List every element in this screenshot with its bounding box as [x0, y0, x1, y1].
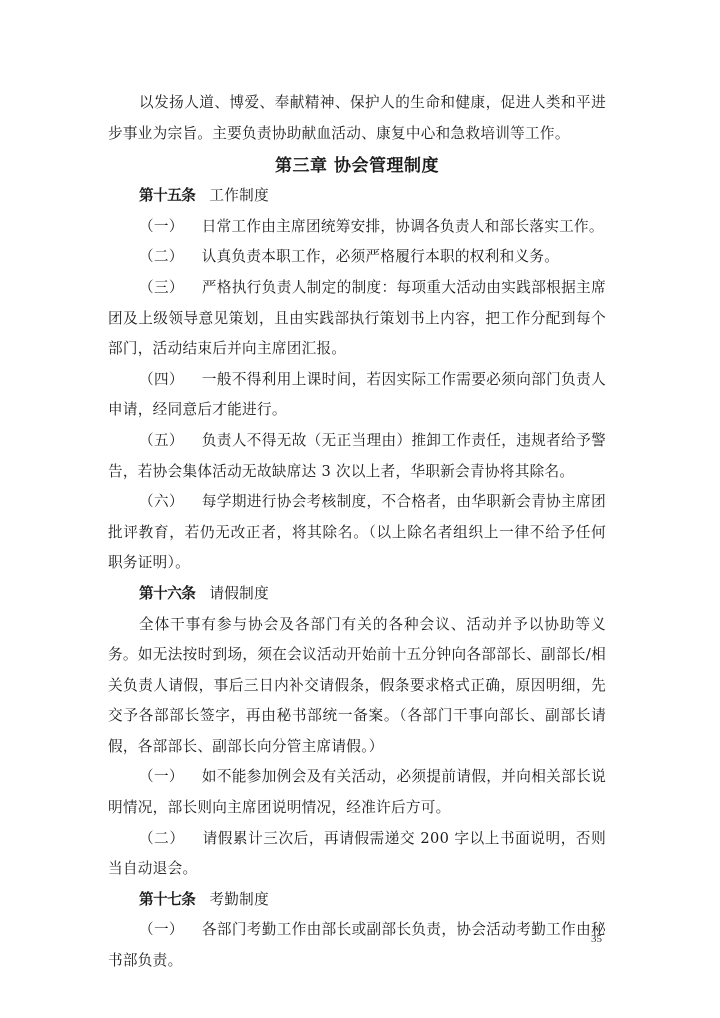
- article-number: 第十六条: [139, 585, 195, 602]
- list-item: （五）负责人不得无故（无正当理由）推卸工作责任，违规者给予警告，若协会集体活动无…: [108, 426, 606, 487]
- list-item: （六）每学期进行协会考核制度，不合格者，由华职新会青协主席团批评教育，若仍无改正…: [108, 487, 606, 579]
- list-item: （四）一般不得利用上课时间，若因实际工作需要必须向部门负责人申请，经同意后才能进…: [108, 365, 606, 426]
- page-number: 35: [591, 933, 602, 945]
- article-17-heading: 第十七条考勤制度: [108, 885, 606, 916]
- article-number: 第十七条: [139, 891, 195, 908]
- item-number: （四）: [139, 371, 184, 388]
- item-text: 日常工作由主席团统筹安排，协调各负责人和部长落实工作。: [202, 218, 604, 235]
- item-number: （六）: [139, 493, 184, 510]
- chapter-heading: 第三章 协会管理制度: [108, 151, 606, 181]
- item-number: （二）: [139, 248, 184, 265]
- item-text: 认真负责本职工作，必须严格履行本职的权利和义务。: [202, 248, 559, 265]
- item-number: （二）: [139, 830, 185, 847]
- article-title: 考勤制度: [209, 891, 269, 908]
- article-number: 第十五条: [139, 187, 195, 204]
- item-number: （一）: [139, 218, 184, 235]
- article-15-heading: 第十五条工作制度: [108, 181, 606, 212]
- list-item: （二）认真负责本职工作，必须严格履行本职的权利和义务。: [108, 242, 606, 273]
- list-item: （一）日常工作由主席团统筹安排，协调各负责人和部长落实工作。: [108, 212, 606, 243]
- article-title: 工作制度: [209, 187, 269, 204]
- item-number: （三）: [139, 279, 184, 296]
- article-title: 请假制度: [209, 585, 269, 602]
- document-page: 以发扬人道、博爱、奉献精神、保护人的生命和健康，促进人类和平进步事业为宗旨。主要…: [108, 88, 606, 977]
- item-number: （一）: [139, 768, 184, 785]
- list-item: （三）严格执行负责人制定的制度：每项重大活动由实践部根据主席团及上级领导意见策划…: [108, 273, 606, 365]
- intro-paragraph: 以发扬人道、博爱、奉献精神、保护人的生命和健康，促进人类和平进步事业为宗旨。主要…: [108, 88, 606, 149]
- list-item: （一）如不能参加例会及有关活动，必须提前请假，并向相关部长说明情况，部长则向主席…: [108, 762, 606, 823]
- list-item: （一）各部门考勤工作由部长或副部长负责，协会活动考勤工作由秘书部负责。: [108, 915, 606, 976]
- item-number: （五）: [139, 432, 184, 449]
- list-item: （二）请假累计三次后，再请假需递交 200 字以上书面说明，否则当自动退会。: [108, 824, 606, 885]
- article-16-heading: 第十六条请假制度: [108, 579, 606, 610]
- article-body: 全体干事有参与协会及各部门有关的各种会议、活动并予以协助等义务。如无法按时到场，…: [108, 610, 606, 763]
- item-number: （一）: [139, 921, 184, 938]
